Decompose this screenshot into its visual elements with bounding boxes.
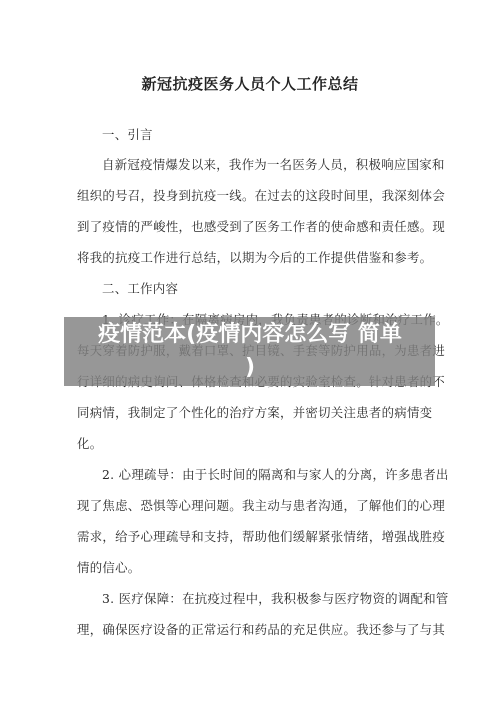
overlay-title-line2: ) [0,351,500,384]
paragraph-line: 自新冠疫情爆发以来，我作为一名医务人员，积极响应国家和 [102,155,445,173]
overlay-title: 疫情范本(疫情内容怎么写 简单 ) [0,318,500,384]
paragraph-line: 理，确保医疗设备的正常运行和药品的充足供应。我还参与了与其 [77,620,445,638]
paragraph-line: 同病情，我制定了个性化的治疗方案，并密切关注患者的病情变 [77,403,432,421]
paragraph-line: 现了焦虑、恐惧等心理问题。我主动与患者沟通，了解他们的心理 [77,496,445,514]
paragraph-line: 化。 [77,434,102,452]
document-title: 新冠抗疫医务人员个人工作总结 [0,73,500,94]
paragraph-line: 情的信心。 [77,558,140,576]
paragraph-line: 将我的抗疫工作进行总结，以期为今后的工作提供借鉴和参考。 [77,248,432,266]
overlay-title-line1: 疫情范本(疫情内容怎么写 简单 [0,318,500,351]
paragraph-line: 需求，给予心理疏导和支持，帮助他们缓解紧张情绪，增强战胜疫 [77,527,445,545]
paragraph-line: 二、工作内容 [102,279,178,297]
paragraph-line: 组织的号召，投身到抗疫一线。在过去的这段时间里，我深刻体会 [77,186,445,204]
paragraph-line: 2. 心理疏导：由于长时间的隔离和与家人的分离，许多患者出 [102,465,449,483]
paragraph-line: 一、引言 [102,125,153,143]
paragraph-line: 3. 医疗保障：在抗疫过程中，我积极参与医疗物资的调配和管 [102,589,449,607]
paragraph-line: 到了疫情的严峻性，也感受到了医务工作者的使命感和责任感。现 [77,217,445,235]
